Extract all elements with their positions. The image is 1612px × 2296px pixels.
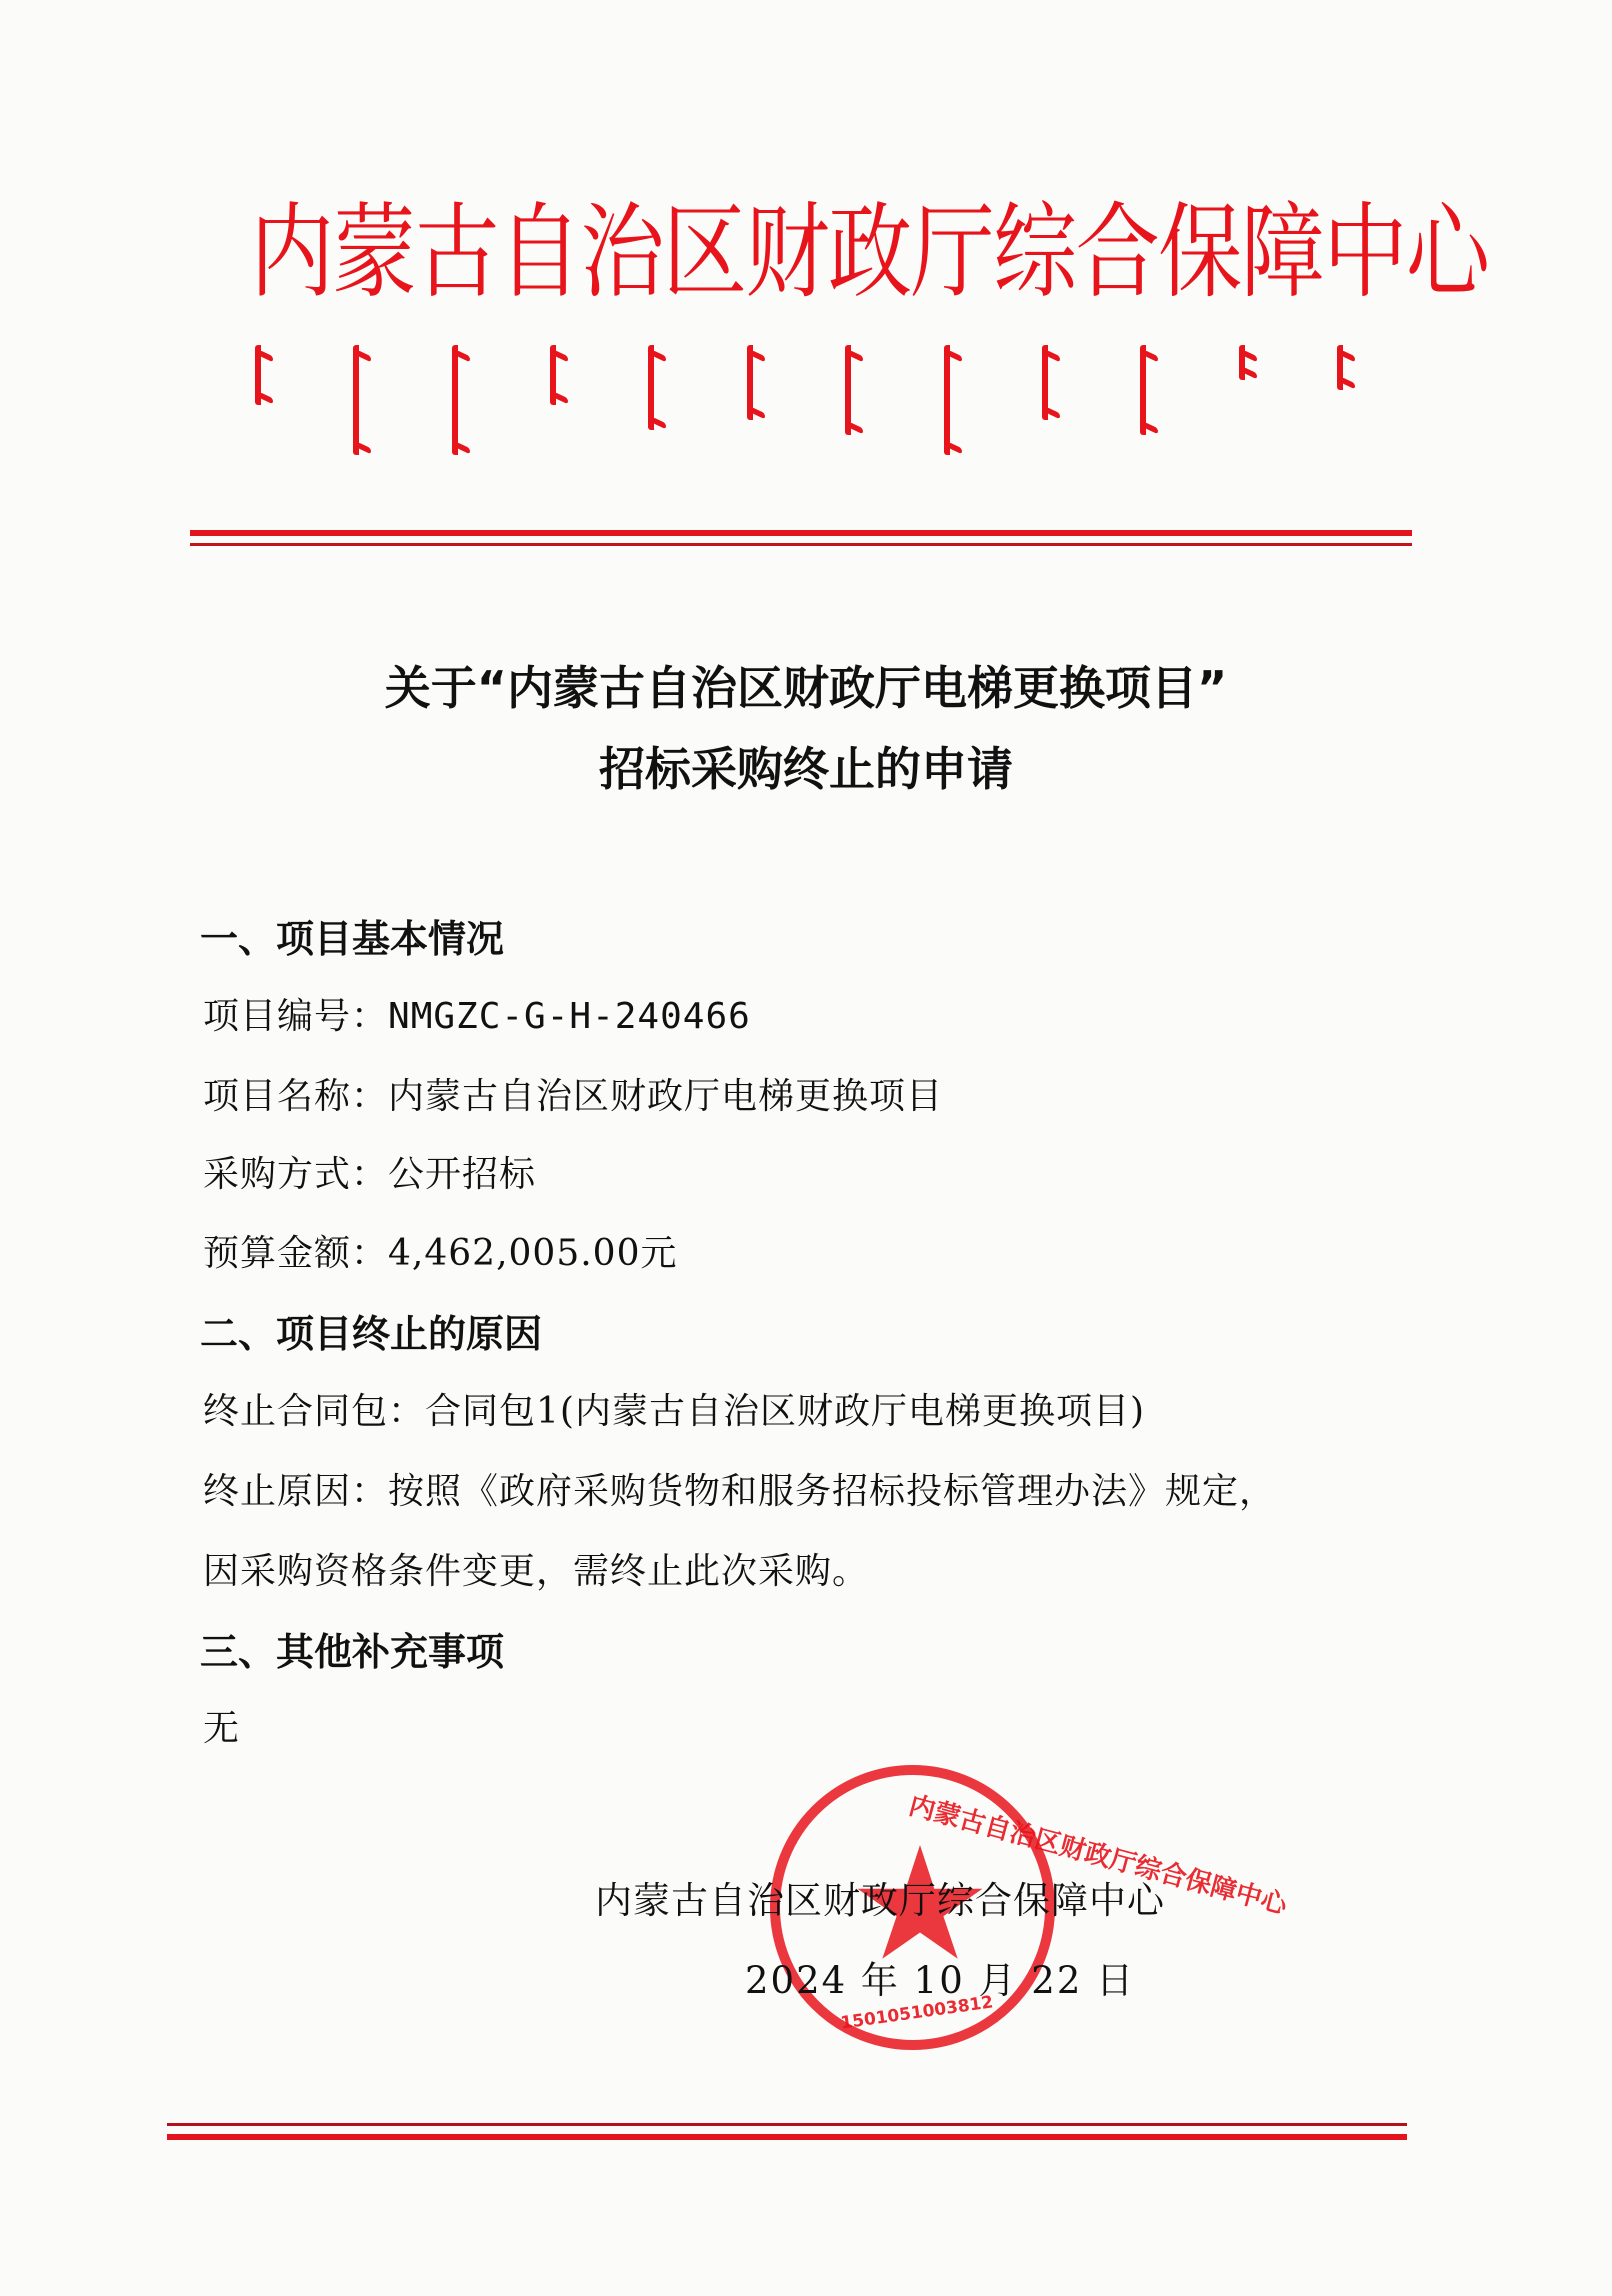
budget-amount-line: 预算金额：4,462,005.00元 <box>203 1225 677 1276</box>
letterhead-rule-thin <box>190 543 1412 546</box>
procurement-method-line: 采购方式：公开招标 <box>203 1146 536 1197</box>
project-number-label: 项目编号： <box>203 996 388 1037</box>
section-heading-other-matters: 三、其他补充事项 <box>200 1621 504 1676</box>
budget-amount-value: 4,462,005.00元 <box>388 1233 677 1274</box>
termination-reason-continued-value: 因采购资格条件变更，需终止此次采购。 <box>203 1551 869 1592</box>
procurement-method-value: 公开招标 <box>388 1154 536 1195</box>
budget-amount-label: 预算金额： <box>203 1233 388 1274</box>
project-number-line: 项目编号：NMGZC-G-H-240466 <box>203 988 751 1039</box>
mongolian-word <box>845 345 863 435</box>
letterhead-org-name: 内蒙古自治区财政厅综合保障中心 <box>250 195 1196 311</box>
project-name-value: 内蒙古自治区财政厅电梯更换项目 <box>388 1076 943 1117</box>
mongolian-word <box>1337 345 1355 390</box>
section-heading-basic-info: 一、项目基本情况 <box>200 908 504 963</box>
document-title-line1: 关于“内蒙古自治区财政厅电梯更换项目” <box>0 652 1612 718</box>
mongolian-word <box>1239 345 1257 380</box>
signature-date: 2024 年 10 月 22 日 <box>745 1950 1135 2004</box>
mongolian-word <box>255 345 273 405</box>
project-number-value: NMGZC-G-H-240466 <box>388 996 751 1037</box>
procurement-method-label: 采购方式： <box>203 1154 388 1195</box>
letterhead-mongolian-script <box>255 345 1355 475</box>
footer-rule-thick <box>167 2134 1407 2140</box>
termination-reason-value: 按照《政府采购货物和服务招标投标管理办法》规定， <box>388 1471 1276 1512</box>
terminated-package-label: 终止合同包： <box>203 1391 425 1432</box>
mongolian-word <box>747 345 765 420</box>
mongolian-word <box>944 345 962 455</box>
terminated-package-value: 合同包1(内蒙古自治区财政厅电梯更换项目) <box>425 1391 1145 1432</box>
mongolian-word <box>1140 345 1158 435</box>
project-name-label: 项目名称： <box>203 1076 388 1117</box>
termination-reason-label: 终止原因： <box>203 1471 388 1512</box>
other-matters-value: 无 <box>203 1700 240 1751</box>
termination-reason-line: 终止原因：按照《政府采购货物和服务招标投标管理办法》规定， <box>203 1463 1276 1514</box>
terminated-package-line: 终止合同包：合同包1(内蒙古自治区财政厅电梯更换项目) <box>203 1383 1145 1434</box>
footer-rule-thin <box>167 2123 1407 2126</box>
project-name-line: 项目名称：内蒙古自治区财政厅电梯更换项目 <box>203 1068 943 1119</box>
termination-reason-continued: 因采购资格条件变更，需终止此次采购。 <box>203 1543 869 1594</box>
mongolian-word <box>353 345 371 455</box>
section-heading-termination-reason: 二、项目终止的原因 <box>200 1303 542 1358</box>
letterhead-rule-thick <box>190 530 1412 536</box>
mongolian-word <box>1042 345 1060 420</box>
mongolian-word <box>648 345 666 430</box>
document-title-line2: 招标采购终止的申请 <box>0 733 1612 799</box>
signature-org: 内蒙古自治区财政厅综合保障中心 <box>595 1870 1165 1924</box>
mongolian-word <box>550 345 568 405</box>
mongolian-word <box>452 345 470 455</box>
